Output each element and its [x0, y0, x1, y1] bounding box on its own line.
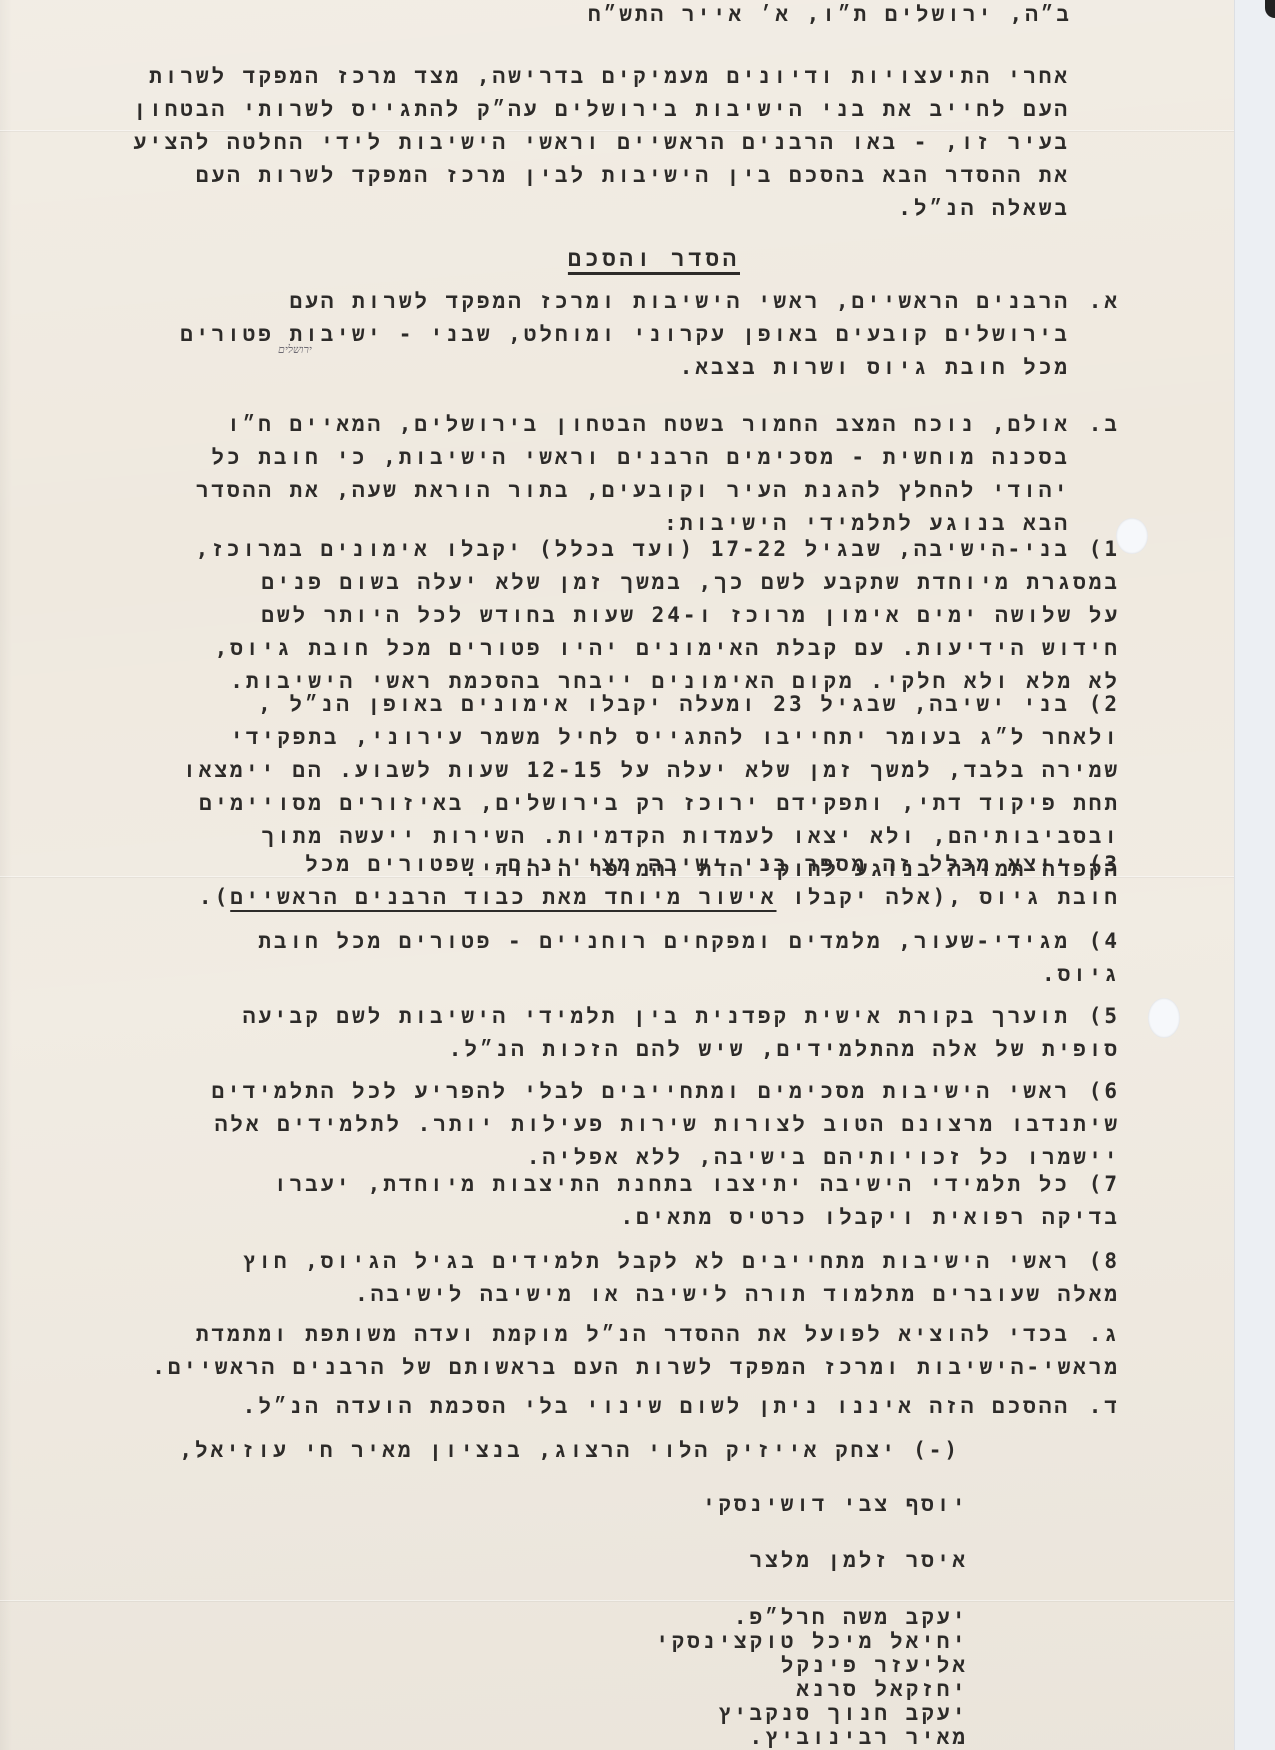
item-line: מאלה שעוברים מתלמוד תורה לישיבה או מישיב…	[243, 1278, 1120, 1311]
item-line: גיוס.	[258, 958, 1120, 991]
intro-line: בשאלה הנ״ל.	[133, 192, 1070, 225]
punch-hole	[1148, 998, 1180, 1038]
item-line: במסגרת מיוחדת שתקבע לשם כך, במשך זמן שלא…	[196, 566, 1120, 599]
section-line: מכל חובת גיוס ושרות בצבא.	[180, 351, 1070, 384]
item-line: שמירה בלבד, למשך זמן שלא יעלה על 12-15 ש…	[183, 754, 1120, 787]
intro-line: אחרי התיעצויות ודיונים מעמיקים בדרישה, מ…	[133, 60, 1070, 93]
section-text: בכדי להוציא לפועל את ההסדר הנ״ל מוקמת וע…	[196, 1322, 1070, 1346]
section-text: ההסכם הזה איננו ניתן לשום שינוי בלי הסכמ…	[243, 1394, 1070, 1418]
scanned-paper-page: ב״ה, ירושלים ת״ו, א׳ אייר התש״ח אחרי התי…	[0, 0, 1235, 1750]
item-line: 2)בני ישיבה, שבגיל 23 ומעלה יקבלו אימוני…	[183, 688, 1120, 721]
section-line: א.הרבנים הראשיים, ראשי הישיבות ומרכז המפ…	[180, 285, 1120, 318]
item-line: 4)מגידי-שעור, מלמדים ומפקחים רוחניים - פ…	[258, 925, 1120, 958]
intro-line: את ההסדר הבא בהסכם בין הישיבות לבין מרכז…	[133, 159, 1070, 192]
section-b: ב.אולם, נוכח המצב החמור בשטח הבטחון בירו…	[196, 408, 1120, 540]
item-text: מגידי-שעור, מלמדים ומפקחים רוחניים - פטו…	[258, 929, 1070, 953]
signature-name: יוסף צבי דושינסקי	[703, 1488, 968, 1521]
section-line: ג.בכדי להוציא לפועל את ההסדר הנ״ל מוקמת …	[152, 1318, 1120, 1351]
section-marker: א.	[1084, 285, 1120, 318]
handwritten-annotation: ירושלים	[278, 333, 312, 366]
item-line: 8)ראשי הישיבות מתחייבים לא לקבל תלמידים …	[243, 1245, 1120, 1278]
item-text: כל תלמידי הישיבה יתיצבו בתחנת התיצבות מי…	[274, 1172, 1070, 1196]
paper-fold-line	[0, 1600, 1235, 1601]
item-number: 2)	[1084, 688, 1120, 721]
section-marker: ב.	[1084, 408, 1120, 441]
scanner-background-edge	[1234, 0, 1275, 1750]
section-line: יהודי להחלץ להגנת העיר וקובעים, בתור הור…	[196, 474, 1070, 507]
item-line: חידוש הידיעות. עם קבלת האימונים יהיו פטו…	[196, 632, 1120, 665]
item-number: 1)	[1084, 533, 1120, 566]
intro-line: העם לחייב את בני הישיבות בירושלים עה״ק ל…	[133, 93, 1070, 126]
section-line: בסכנה מוחשית - מסכימים הרבנים וראשי הישי…	[196, 441, 1070, 474]
item-text: ראשי הישיבות מתחייבים לא לקבל תלמידים בג…	[243, 1249, 1070, 1273]
item-8: 8)ראשי הישיבות מתחייבים לא לקבל תלמידים …	[243, 1245, 1120, 1311]
section-line: ד.ההסכם הזה איננו ניתן לשום שינוי בלי הס…	[243, 1390, 1120, 1423]
item-5: 5)תוערך בקורת אישית קפדנית בין תלמידי הי…	[243, 1000, 1120, 1066]
signature-name: איסר זלמן מלצר	[749, 1544, 968, 1577]
item-4: 4)מגידי-שעור, מלמדים ומפקחים רוחניים - פ…	[258, 925, 1120, 991]
item-line: 3)יוצא מכלל זה מספר בני ישיבה מצויינים, …	[199, 848, 1120, 881]
item-line: 7)כל תלמידי הישיבה יתיצבו בתחנת התיצבות …	[274, 1168, 1120, 1201]
section-line: מראשי-הישיבות ומרכז המפקד לשרות העם בראש…	[152, 1351, 1120, 1384]
item-text: ראשי הישיבות מסכימים ומתחייבים לבלי להפר…	[212, 1079, 1070, 1103]
item-text: ).	[199, 885, 230, 909]
item-line: סופית של אלה מהתלמידים, שיש להם הזכות הנ…	[243, 1033, 1120, 1066]
section-g: ג.בכדי להוציא לפועל את ההסדר הנ״ל מוקמת …	[152, 1318, 1120, 1384]
document-title: הסדר והסכם	[568, 243, 740, 276]
item-line: 1)בני-הישיבה, שבגיל 17-22 (ועד בכלל) יקב…	[196, 533, 1120, 566]
item-line: חובת גיוס ,(אלה יקבלו אישור מיוחד מאת כב…	[199, 881, 1120, 914]
item-text: יוצא מכלל זה מספר בני ישיבה מצויינים, שפ…	[305, 852, 1070, 876]
item-text: תוערך בקורת אישית קפדנית בין תלמידי הישי…	[243, 1004, 1070, 1028]
item-number: 5)	[1084, 1000, 1120, 1033]
item-line: תחת פיקוד דתי, ותפקידם ירוכז רק בירושלים…	[183, 787, 1120, 820]
item-number: 6)	[1084, 1075, 1120, 1108]
item-6: 6)ראשי הישיבות מסכימים ומתחייבים לבלי לה…	[212, 1075, 1120, 1174]
underlined-text: אישור מיוחד מאת כבוד הרבנים הראשיים	[230, 885, 776, 909]
section-marker: ג.	[1084, 1318, 1120, 1351]
item-number: 8)	[1084, 1245, 1120, 1278]
item-3: 3)יוצא מכלל זה מספר בני ישיבה מצויינים, …	[199, 848, 1120, 914]
item-line: 5)תוערך בקורת אישית קפדנית בין תלמידי הי…	[243, 1000, 1120, 1033]
item-1: 1)בני-הישיבה, שבגיל 17-22 (ועד בכלל) יקב…	[196, 533, 1120, 698]
item-line: שיתנדבו מרצונם הטוב לצורות שירות פעילות …	[212, 1108, 1120, 1141]
item-number: 4)	[1084, 925, 1120, 958]
item-7: 7)כל תלמידי הישיבה יתיצבו בתחנת התיצבות …	[274, 1168, 1120, 1234]
section-text: הרבנים הראשיים, ראשי הישיבות ומרכז המפקד…	[290, 289, 1070, 313]
item-number: 3)	[1084, 848, 1120, 881]
item-line: ולאחר ל״ג בעומר יתחייבו להתגייס לחיל משמ…	[183, 721, 1120, 754]
section-a: א.הרבנים הראשיים, ראשי הישיבות ומרכז המפ…	[180, 285, 1120, 384]
section-text: אולם, נוכח המצב החמור בשטח הבטחון בירושל…	[227, 412, 1070, 436]
item-text: חובת גיוס ,(אלה יקבלו	[777, 885, 1121, 909]
header-date: ב״ה, ירושלים ת״ו, א׳ אייר התש״ח	[588, 0, 1072, 31]
item-line: בדיקה רפואית ויקבלו כרטיס מתאים.	[274, 1201, 1120, 1234]
intro-line: בעיר זו, - באו הרבנים הראשיים וראשי הישי…	[133, 126, 1070, 159]
intro-paragraph: אחרי התיעצויות ודיונים מעמיקים בדרישה, מ…	[133, 60, 1070, 225]
item-text: בני-הישיבה, שבגיל 17-22 (ועד בכלל) יקבלו…	[196, 537, 1070, 561]
item-text: בני ישיבה, שבגיל 23 ומעלה יקבלו אימונים …	[258, 692, 1070, 716]
punch-hole	[1116, 518, 1148, 554]
signature-line-chief-rabbis: (-) יצחק אייזיק הלוי הרצוג, בנציון מאיר …	[179, 1434, 960, 1467]
item-number: 7)	[1084, 1168, 1120, 1201]
item-line: על שלושה ימים אימון מרוכז ו-24 שעות בחוד…	[196, 599, 1120, 632]
section-d: ד.ההסכם הזה איננו ניתן לשום שינוי בלי הס…	[243, 1390, 1120, 1423]
section-line: ב.אולם, נוכח המצב החמור בשטח הבטחון בירו…	[196, 408, 1120, 441]
signature-name: מאיר רבינוביץ.	[749, 1721, 968, 1750]
item-line: 6)ראשי הישיבות מסכימים ומתחייבים לבלי לה…	[212, 1075, 1120, 1108]
section-marker: ד.	[1084, 1390, 1120, 1423]
section-line: בירושלים קובעים באופן עקרוני ומוחלט, שבנ…	[180, 318, 1070, 351]
